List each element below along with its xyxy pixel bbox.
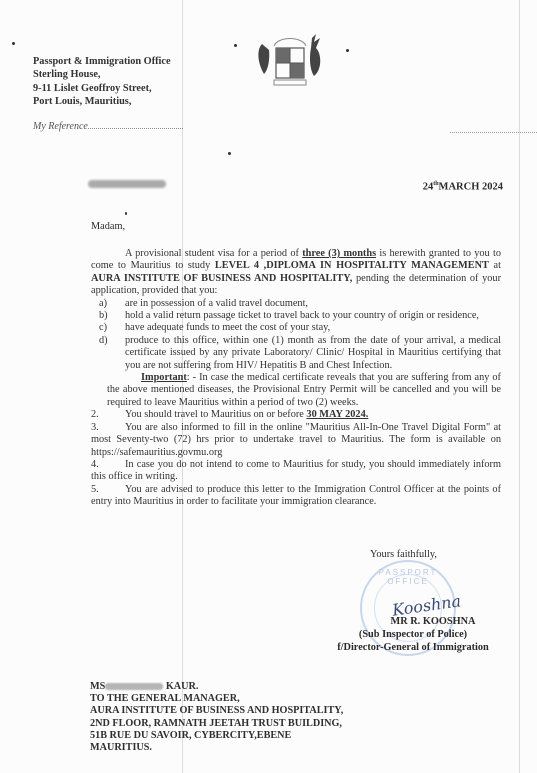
reference-dots (88, 128, 183, 129)
visa-duration: three (3) months (302, 248, 376, 259)
condition-label: a) (99, 298, 107, 310)
point-item: 4.In case you do not intend to come to M… (91, 459, 501, 484)
recipient-name: MS KAUR. (90, 681, 343, 693)
point-item: 5.You are advised to produce this letter… (91, 484, 501, 509)
recipient-line: MAURITIUS. (90, 742, 343, 754)
sender-line: 9-11 Lislet Geoffroy Street, (33, 82, 171, 95)
letter-date: 24thMARCH 2024 (423, 181, 503, 193)
recipient-surname: KAUR. (163, 681, 198, 692)
important-label: Important (141, 372, 187, 383)
travel-deadline: 30 MAY 2024. (306, 409, 368, 420)
letter-page: Passport & Immigration Office Sterling H… (0, 0, 537, 773)
speck (125, 212, 127, 215)
salutation: Madam, (91, 221, 125, 232)
point-text: In case you do not intend to come to Mau… (91, 459, 501, 482)
coat-of-arms-icon (252, 30, 328, 90)
course-name: LEVEL 4 ,DIPLOMA IN HOSPITALITY MANAGEME… (215, 260, 489, 271)
closing: Yours faithfully, (370, 549, 437, 560)
condition-text: produce to this office, within one (1) m… (125, 335, 501, 371)
stamp-text: PASSPORT OFFICE (362, 568, 454, 586)
condition-item: d)produce to this office, within one (1)… (99, 335, 501, 372)
important-note: Important: - In case the medical certifi… (91, 372, 501, 409)
condition-item: b)hold a valid return passage ticket to … (99, 310, 501, 322)
speck (228, 152, 231, 155)
condition-text: hold a valid return passage ticket to tr… (125, 310, 479, 321)
point-number: 2. (91, 409, 125, 421)
recipient-line: 51B RUE DU SAVOIR, CYBERCITY,EBENE (90, 730, 343, 742)
reference-field: My Reference (33, 121, 183, 132)
speck (346, 49, 349, 52)
point-text: You are advised to produce this letter t… (91, 484, 501, 507)
sender-line: Sterling House, (33, 68, 171, 81)
condition-item: c)have adequate funds to meet the cost o… (99, 322, 501, 334)
reference-label: My Reference (33, 121, 88, 132)
intro-paragraph: A provisional student visa for a period … (91, 248, 501, 298)
recipient-prefix: MS (90, 681, 105, 692)
point-number: 5. (91, 484, 125, 496)
fold-line (519, 0, 520, 773)
recipient-line: 2ND FLOOR, RAMNATH JEETAH TRUST BUILDING… (90, 718, 343, 730)
point-item: 3.You are also informed to fill in the o… (91, 422, 501, 459)
point-item: 2.You should travel to Mauritius on or b… (91, 409, 501, 421)
signer-rank: (Sub Inspector of Police) (318, 628, 508, 641)
condition-label: d) (99, 335, 108, 347)
institute-name: AURA INSTITUTE OF BUSINESS AND HOSPITALI… (91, 273, 352, 284)
point-text: You are also informed to fill in the onl… (91, 422, 501, 458)
sender-line: Port Louis, Mauritius, (33, 95, 171, 108)
recipient-address: MS KAUR. TO THE GENERAL MANAGER, AURA IN… (90, 681, 343, 754)
recipient-line: AURA INSTITUTE OF BUSINESS AND HOSPITALI… (90, 705, 343, 717)
sender-line: Passport & Immigration Office (33, 55, 171, 68)
point-number: 3. (91, 422, 125, 434)
point-number: 4. (91, 459, 125, 471)
conditions-list: a)are in possession of a valid travel do… (91, 298, 501, 372)
point-text: You should travel to Mauritius on or bef… (125, 409, 306, 420)
sender-address: Passport & Immigration Office Sterling H… (33, 55, 171, 108)
speck (234, 44, 237, 47)
condition-label: c) (99, 322, 107, 334)
reference-dots-right (450, 132, 537, 133)
signer-name: MR R. KOOSHNA (318, 615, 508, 628)
condition-label: b) (99, 310, 108, 322)
condition-text: have adequate funds to meet the cost of … (125, 322, 330, 333)
condition-item: a)are in possession of a valid travel do… (99, 298, 501, 310)
speck (12, 42, 15, 45)
signer-block: MR R. KOOSHNA (Sub Inspector of Police) … (318, 615, 508, 654)
condition-text: are in possession of a valid travel docu… (125, 298, 308, 309)
recipient-line: TO THE GENERAL MANAGER, (90, 693, 343, 705)
date-day: 24 (423, 182, 434, 193)
intro-text: A provisional student visa for a period … (125, 248, 302, 259)
letter-body: A provisional student visa for a period … (91, 248, 501, 509)
signer-title: f/Director-General of Immigration (318, 641, 508, 654)
intro-text: at (489, 260, 501, 271)
date-month-year: MARCH 2024 (439, 182, 503, 193)
reference-number-redacted (88, 180, 166, 188)
recipient-name-redacted (105, 683, 163, 690)
